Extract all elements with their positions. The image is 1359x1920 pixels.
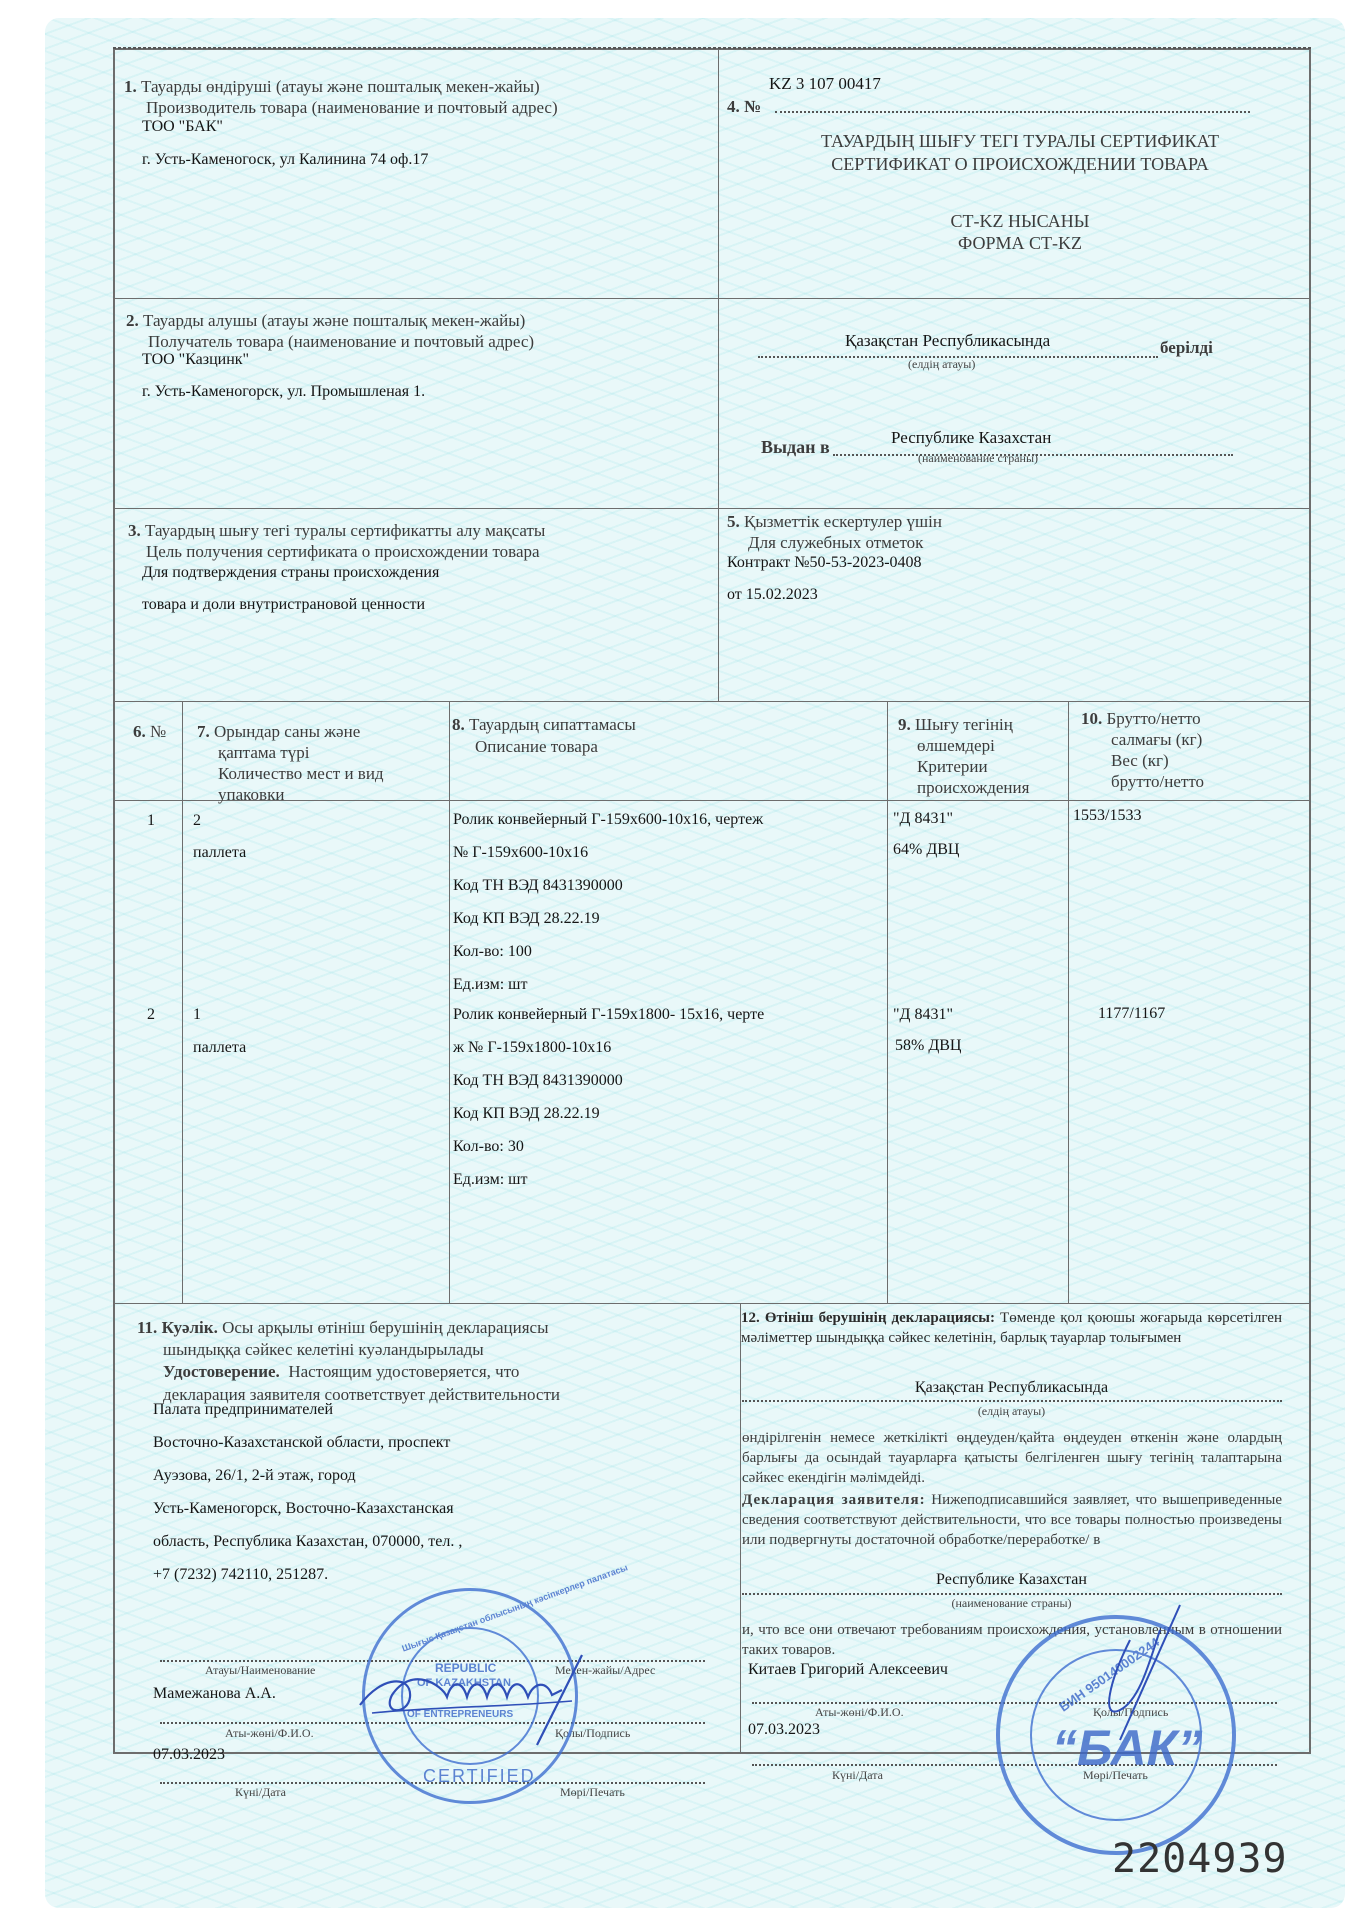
- col10-header-line2: салмағы (кг): [1111, 730, 1202, 750]
- row-desc-line: Код ТН ВЭД 8431390000: [453, 1071, 623, 1090]
- row-desc-line: Код ТН ВЭД 8431390000: [453, 876, 623, 895]
- issued-country-ru: Республике Казахстан: [891, 428, 1051, 448]
- dotted-line: [742, 1593, 1282, 1595]
- row-desc-line: Ролик конвейерный Г-159х600-10х16, черте…: [453, 810, 763, 829]
- divider: [114, 701, 1310, 702]
- divider: [1068, 701, 1069, 1303]
- col9-header-line1: 9. Шығу тегінің: [898, 715, 1013, 735]
- caption-fio: Аты-жөні/Ф.И.О.: [815, 1705, 904, 1719]
- col6-header: 6. №: [133, 722, 166, 742]
- chamber-line: Ауэзова, 26/1, 2-й этаж, город: [153, 1466, 356, 1485]
- chamber-line: +7 (7232) 742110, 251287.: [153, 1565, 328, 1584]
- divider: [718, 50, 719, 701]
- col7-header-line1: 7. Орындар саны және: [197, 722, 360, 742]
- divider: [182, 701, 183, 1303]
- caption-date: Күні/Дата: [832, 1768, 883, 1782]
- caption-seal: Мөрі/Печать: [560, 1785, 625, 1799]
- producer-name: ТОО "БАК": [142, 117, 223, 136]
- row-number: 2: [147, 1005, 155, 1024]
- caption-date: Күні/Дата: [235, 1785, 286, 1799]
- row-desc-line: Ролик конвейерный Г-159х1800- 15х16, чер…: [453, 1005, 764, 1024]
- box1-label-kz: 1. Тауарды өндіруші (атауы және пошталық…: [124, 77, 540, 97]
- col8-header-line2: Описание товара: [475, 737, 598, 757]
- box11-line1: 11. Куәлік. Осы арқылы өтініш берушінің …: [137, 1318, 687, 1338]
- issued-kz-label: берілді: [1160, 338, 1213, 358]
- consignee-name: ТОО "Казцинк": [142, 350, 249, 369]
- title-kz: ТАУАРДЫҢ ШЫҒУ ТЕГІ ТУРАЛЫ СЕРТИФИКАТ: [730, 131, 1310, 153]
- col9-header-line3: Критерии: [917, 757, 988, 777]
- box1-label-ru: Производитель товара (наименование и поч…: [146, 98, 558, 118]
- issued-ru-label: Выдан в: [761, 437, 830, 459]
- row-desc-line: Код КП ВЭД 28.22.19: [453, 909, 600, 928]
- applicant-date: 07.03.2023: [748, 1720, 820, 1739]
- consignee-address: г. Усть-Каменогорск, ул. Промышленая 1.: [142, 382, 425, 401]
- divider: [114, 298, 1310, 299]
- issued-country-kz: Қазақстан Республикасында: [845, 331, 1050, 351]
- row-desc-line: № Г-159х600-10х16: [453, 843, 588, 862]
- box12-hint-kz: (елдің атауы): [741, 1404, 1282, 1418]
- row-local-value: 64% ДВЦ: [893, 840, 959, 859]
- serial-number: 2204939: [1112, 1836, 1288, 1882]
- col7-header-line4: упаковки: [218, 785, 284, 805]
- certificate-number: KZ 3 107 00417: [769, 74, 881, 94]
- row-pack: паллета: [193, 843, 246, 862]
- col9-header-line4: происхождения: [917, 778, 1029, 798]
- contract-date: от 15.02.2023: [727, 585, 818, 604]
- col8-header-line1: 8. Тауардың сипаттамасы: [452, 715, 636, 735]
- chamber-date: 07.03.2023: [153, 1745, 225, 1764]
- box12-text-kz: өндірілгенін немесе жеткілікті өңдеуден/…: [742, 1428, 1282, 1488]
- box2-label-kz: 2. Тауарды алушы (атауы және пошталық ме…: [126, 311, 525, 331]
- caption-fio: Аты-жөні/Ф.И.О.: [225, 1726, 314, 1740]
- row-desc-line: ж № Г-159х1800-10х16: [453, 1038, 611, 1057]
- title-ru: СЕРТИФИКАТ О ПРОИСХОЖДЕНИИ ТОВАРА: [730, 154, 1310, 176]
- box5-label-ru: Для служебных отметок: [748, 533, 923, 553]
- divider: [449, 701, 450, 1303]
- applicant-signature: [1060, 1600, 1210, 1750]
- chamber-line: Палата предпринимателей: [153, 1400, 333, 1419]
- col7-header-line3: Количество мест и вид: [218, 764, 384, 784]
- chamber-line: Восточно-Казахстанской области, проспект: [153, 1433, 450, 1452]
- divider: [114, 508, 1310, 509]
- col10-header-line4: брутто/нетто: [1111, 772, 1204, 792]
- divider: [887, 701, 888, 1303]
- divider: [114, 1303, 1310, 1304]
- dotted-line: [742, 1400, 1282, 1402]
- box3-label-kz: 3. Тауардың шығу тегі туралы сертификатт…: [128, 521, 545, 541]
- col7-header-line2: қаптама түрі: [218, 743, 309, 763]
- form-ru: ФОРМА СТ-KZ: [730, 233, 1310, 255]
- box12-decl-ru: Декларация заявителя: Нижеподписавшийся …: [742, 1490, 1282, 1550]
- producer-address: г. Усть-Каменогоск, ул Калинина 74 оф.17: [142, 150, 428, 169]
- box11-line2: шындыққа сәйкес келетіні куәландырылады: [163, 1340, 484, 1360]
- row-number: 1: [147, 811, 155, 830]
- box3-label-ru: Цель получения сертификата о происхожден…: [146, 542, 540, 562]
- box12-country-ru: Республике Казахстан: [741, 1570, 1282, 1589]
- row-local-value: 58% ДВЦ: [895, 1036, 961, 1055]
- hint-country-kz: (елдің атауы): [908, 357, 975, 371]
- dotted-line: [775, 111, 1250, 113]
- chamber-line: Усть-Каменогорск, Восточно-Казахстанская: [153, 1499, 454, 1518]
- box5-label-kz: 5. Қызметтік ескертулер үшін: [727, 512, 942, 532]
- col10-header-line3: Вес (кг): [1111, 751, 1169, 771]
- caption-name: Атауы/Наименование: [205, 1663, 315, 1677]
- row-criteria: "Д 8431": [893, 809, 953, 828]
- row-weight: 1553/1533: [1073, 806, 1141, 825]
- row-qty: 1: [193, 1005, 201, 1024]
- row-weight: 1177/1167: [1098, 1004, 1165, 1023]
- box12-country-kz: Қазақстан Республикасында: [741, 1378, 1282, 1397]
- box12-intro: 12. Өтініш берушінің декларациясы: Төмен…: [741, 1308, 1282, 1348]
- purpose-line1: Для подтверждения страны происхождения: [142, 563, 439, 582]
- divider: [114, 800, 1310, 801]
- applicant-signer: Китаев Григорий Алексеевич: [748, 1660, 948, 1679]
- divider: [740, 1303, 741, 1754]
- box4-label: 4. №: [727, 97, 761, 117]
- row-criteria: "Д 8431": [893, 1005, 953, 1024]
- col9-header-line2: өлшемдері: [917, 736, 995, 756]
- form-kz: СТ-KZ НЫСАНЫ: [730, 211, 1310, 233]
- col10-header-line1: 10. Брутто/нетто: [1081, 709, 1201, 729]
- hint-country-ru: (наименование страны): [918, 451, 1038, 465]
- box11-line3: Удостоверение. Настоящим удостоверяется,…: [163, 1362, 683, 1382]
- row-desc-line: Кол-во: 30: [453, 1137, 524, 1156]
- chamber-signer: Мамежанова А.А.: [153, 1684, 276, 1703]
- row-pack: паллета: [193, 1038, 246, 1057]
- contract-number: Контракт №50-53-2023-0408: [727, 553, 922, 572]
- purpose-line2: товара и доли внутристрановой ценности: [142, 595, 425, 614]
- row-desc-line: Ед.изм: шт: [453, 975, 527, 994]
- row-desc-line: Ед.изм: шт: [453, 1170, 527, 1189]
- row-qty: 2: [193, 811, 201, 830]
- row-desc-line: Кол-во: 100: [453, 942, 532, 961]
- chamber-signature: [352, 1635, 612, 1755]
- chamber-line: область, Республика Казахстан, 070000, т…: [153, 1532, 462, 1551]
- row-desc-line: Код КП ВЭД 28.22.19: [453, 1104, 600, 1123]
